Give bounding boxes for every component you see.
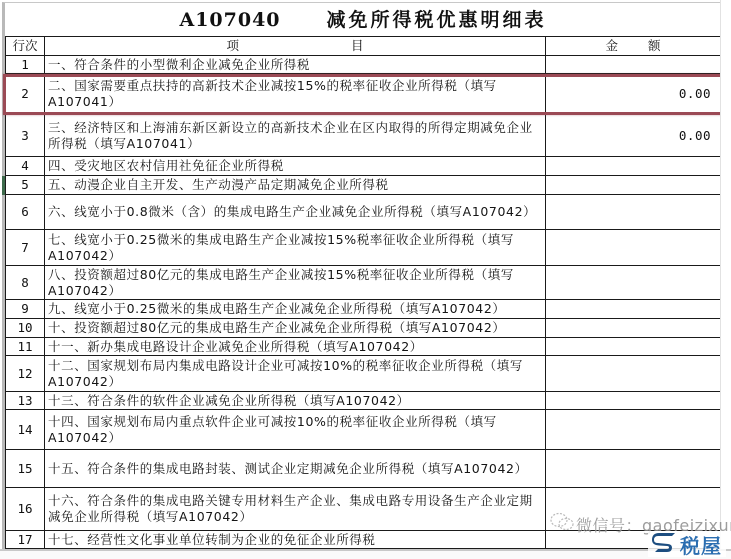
row-number: 17 bbox=[6, 531, 45, 549]
row-item: 十六、符合条件的集成电路关键专用材料生产企业、集成电路专用设备生产企业定期减免企… bbox=[45, 488, 546, 531]
table-row-highlighted: 2 二、国家需要重点扶持的高新技术企业减按15%的税率征收企业所得税（填写A10… bbox=[6, 74, 721, 115]
row-number: 2 bbox=[6, 74, 45, 115]
sheet-bottom-edge bbox=[0, 549, 731, 559]
amount-cell[interactable] bbox=[546, 230, 721, 266]
row-item: 七、线宽小于0.25微米的集成电路生产企业减按15%税率征收企业所得税（填写A1… bbox=[45, 230, 546, 266]
amount-cell[interactable] bbox=[546, 338, 721, 356]
row-item: 九、线宽小于0.25微米的集成电路生产企业减免企业所得税（填写A107042） bbox=[45, 300, 546, 319]
row-item: 十、投资额超过80亿元的集成电路生产企业减免企业所得税（填写A107042） bbox=[45, 319, 546, 338]
tax-form-table: A107040减免所得税优惠明细表 行次 项目 金额 1 一、符合条件的小型微利… bbox=[5, 3, 721, 549]
amount-cell[interactable]: 0.00 bbox=[546, 74, 721, 115]
row-number: 4 bbox=[6, 157, 45, 176]
amount-cell[interactable] bbox=[546, 410, 721, 450]
table-row: 7 七、线宽小于0.25微米的集成电路生产企业减按15%税率征收企业所得税（填写… bbox=[6, 230, 721, 266]
form-title-row: A107040减免所得税优惠明细表 bbox=[6, 3, 721, 37]
table-row: 10 十、投资额超过80亿元的集成电路生产企业减免企业所得税（填写A107042… bbox=[6, 319, 721, 338]
header-amount: 金额 bbox=[546, 37, 721, 56]
table-row: 11 十一、新办集成电路设计企业减免企业所得税（填写A107042） bbox=[6, 338, 721, 356]
row-item: 六、线宽小于0.8微米（含）的集成电路生产企业减免企业所得税（填写A107042… bbox=[45, 195, 546, 230]
table-row: 5 五、动漫企业自主开发、生产动漫产品定期减免企业所得税 bbox=[6, 176, 721, 195]
table-row: 8 八、投资额超过80亿元的集成电路生产企业减按15%税率征收企业所得税（填写A… bbox=[6, 266, 721, 300]
amount-cell[interactable] bbox=[546, 266, 721, 300]
row-item: 十三、符合条件的软件企业减免企业所得税（填写A107042） bbox=[45, 392, 546, 410]
row-number: 5 bbox=[6, 176, 45, 195]
header-row-number: 行次 bbox=[6, 37, 45, 56]
row-item: 十七、经营性文化事业单位转制为企业的免征企业所得税 bbox=[45, 531, 546, 549]
row-number: 13 bbox=[6, 392, 45, 410]
header-item: 项目 bbox=[45, 37, 546, 56]
form-title: A107040减免所得税优惠明细表 bbox=[6, 3, 721, 37]
amount-cell[interactable] bbox=[546, 195, 721, 230]
row-number: 14 bbox=[6, 410, 45, 450]
row-number: 9 bbox=[6, 300, 45, 319]
table-row: 3 三、经济特区和上海浦东新区新设立的高新技术企业在区内取得的所得定期减免企业所… bbox=[6, 115, 721, 157]
amount-cell[interactable] bbox=[546, 356, 721, 392]
table-row: 17 十七、经营性文化事业单位转制为企业的免征企业所得税 bbox=[6, 531, 721, 549]
table-row: 14 十四、国家规划布局内重点软件企业可减按10%的税率征收企业所得税（填写A1… bbox=[6, 410, 721, 450]
row-number: 1 bbox=[6, 56, 45, 74]
amount-cell[interactable] bbox=[546, 157, 721, 176]
row-number: 15 bbox=[6, 450, 45, 488]
row-number: 10 bbox=[6, 319, 45, 338]
table-row: 1 一、符合条件的小型微利企业减免企业所得税 bbox=[6, 56, 721, 74]
row-number: 16 bbox=[6, 488, 45, 531]
table-row: 9 九、线宽小于0.25微米的集成电路生产企业减免企业所得税（填写A107042… bbox=[6, 300, 721, 319]
row-item: 十四、国家规划布局内重点软件企业可减按10%的税率征收企业所得税（填写A1070… bbox=[45, 410, 546, 450]
table-row: 16 十六、符合条件的集成电路关键专用材料生产企业、集成电路专用设备生产企业定期… bbox=[6, 488, 721, 531]
amount-cell[interactable] bbox=[546, 319, 721, 338]
row-item: 十一、新办集成电路设计企业减免企业所得税（填写A107042） bbox=[45, 338, 546, 356]
table-row: 6 六、线宽小于0.8微米（含）的集成电路生产企业减免企业所得税（填写A1070… bbox=[6, 195, 721, 230]
row-item: 二、国家需要重点扶持的高新技术企业减按15%的税率征收企业所得税（填写A1070… bbox=[45, 74, 546, 115]
form-code: A107040 bbox=[179, 9, 280, 31]
form-name: 减免所得税优惠明细表 bbox=[327, 9, 547, 31]
row-number: 8 bbox=[6, 266, 45, 300]
amount-cell[interactable] bbox=[546, 450, 721, 488]
table-row: 4 四、受灾地区农村信用社免征企业所得税 bbox=[6, 157, 721, 176]
row-item: 八、投资额超过80亿元的集成电路生产企业减按15%税率征收企业所得税（填写A10… bbox=[45, 266, 546, 300]
row-item: 一、符合条件的小型微利企业减免企业所得税 bbox=[45, 56, 546, 74]
row-item: 五、动漫企业自主开发、生产动漫产品定期减免企业所得税 bbox=[45, 176, 546, 195]
row-item: 四、受灾地区农村信用社免征企业所得税 bbox=[45, 157, 546, 176]
amount-cell[interactable] bbox=[546, 56, 721, 74]
table-row: 15 十五、符合条件的集成电路封装、测试企业定期减免企业所得税（填写A10704… bbox=[6, 450, 721, 488]
sheet-right-edge bbox=[720, 0, 731, 559]
amount-cell[interactable] bbox=[546, 300, 721, 319]
amount-cell[interactable] bbox=[546, 392, 721, 410]
row-number: 12 bbox=[6, 356, 45, 392]
amount-cell[interactable] bbox=[546, 176, 721, 195]
row-number: 6 bbox=[6, 195, 45, 230]
table-row: 12 十二、国家规划布局内集成电路设计企业可减按10%的税率征收企业所得税（填写… bbox=[6, 356, 721, 392]
amount-cell[interactable] bbox=[546, 531, 721, 549]
header-row: 行次 项目 金额 bbox=[6, 37, 721, 56]
table-row: 13 十三、符合条件的软件企业减免企业所得税（填写A107042） bbox=[6, 392, 721, 410]
row-number: 7 bbox=[6, 230, 45, 266]
row-item: 十五、符合条件的集成电路封装、测试企业定期减免企业所得税（填写A107042） bbox=[45, 450, 546, 488]
row-item: 三、经济特区和上海浦东新区新设立的高新技术企业在区内取得的所得定期减免企业所得税… bbox=[45, 115, 546, 157]
amount-cell[interactable] bbox=[546, 488, 721, 531]
row-number: 11 bbox=[6, 338, 45, 356]
row-item: 十二、国家规划布局内集成电路设计企业可减按10%的税率征收企业所得税（填写A10… bbox=[45, 356, 546, 392]
amount-cell[interactable]: 0.00 bbox=[546, 115, 721, 157]
row-number: 3 bbox=[6, 115, 45, 157]
